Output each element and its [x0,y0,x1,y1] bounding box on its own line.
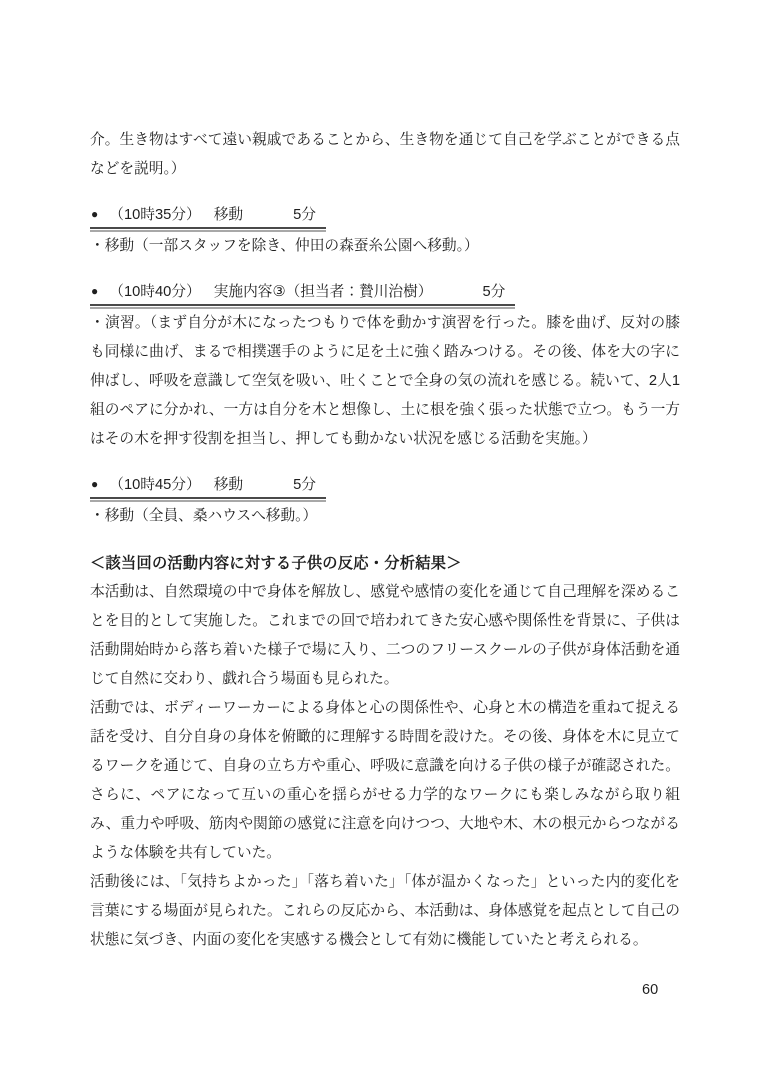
schedule-heading-1: ●（10時35分）移動5分 [90,202,680,232]
schedule-duration: 5分 [293,207,316,223]
schedule-detail: ・移動（全員、桑ハウスへ移動。） [90,502,680,531]
document-page: 介。生き物はすべて遠い親戚であることから、生き物を通じて自己を学ぶことができる点… [0,0,768,1087]
page-number: 60 [642,980,658,1000]
analysis-paragraph: 活動では、ボディーワーカーによる身体と心の関係性や、心身と木の構造を重ねて捉える… [90,694,680,868]
schedule-duration: 5分 [482,284,505,300]
schedule-detail: ・演習。（まず自分が木になったつもりで体を動かす演習を行った。膝を曲げ、反対の膝… [90,309,680,454]
schedule-heading-3: ●（10時45分）移動5分 [90,472,680,502]
schedule-label: 移動 [214,477,243,493]
analysis-paragraph: 本活動は、自然環境の中で身体を解放し、感覚や感情の変化を通じて自己理解を深めるこ… [90,578,680,694]
bullet-icon: ● [91,207,98,221]
intro-continuation-paragraph: 介。生き物はすべて遠い親戚であることから、生き物を通じて自己を学ぶことができる点… [90,126,680,184]
bullet-icon: ● [91,477,98,491]
schedule-time: （10時40分） [109,284,200,300]
schedule-heading-2: ●（10時40分）実施内容③（担当者：贄川治樹）5分 [90,279,680,309]
schedule-time: （10時35分） [109,207,200,223]
analysis-paragraph: 活動後には、「気持ちよかった」「落ち着いた」「体が温かくなった」といった内的変化… [90,868,680,955]
schedule-label: 実施内容③（担当者：贄川治樹） [214,284,433,300]
schedule-heading-underline: ●（10時45分）移動5分 [90,472,326,502]
analysis-section-heading: ＜該当回の活動内容に対する子供の反応・分析結果＞ [90,549,680,578]
schedule-duration: 5分 [293,477,316,493]
schedule-heading-underline: ●（10時40分）実施内容③（担当者：贄川治樹）5分 [90,279,515,309]
schedule-label: 移動 [214,207,243,223]
schedule-detail: ・移動（一部スタッフを除き、仲田の森蚕糸公園へ移動。） [90,232,680,261]
bullet-icon: ● [91,284,98,298]
schedule-time: （10時45分） [109,477,200,493]
schedule-heading-underline: ●（10時35分）移動5分 [90,202,326,232]
